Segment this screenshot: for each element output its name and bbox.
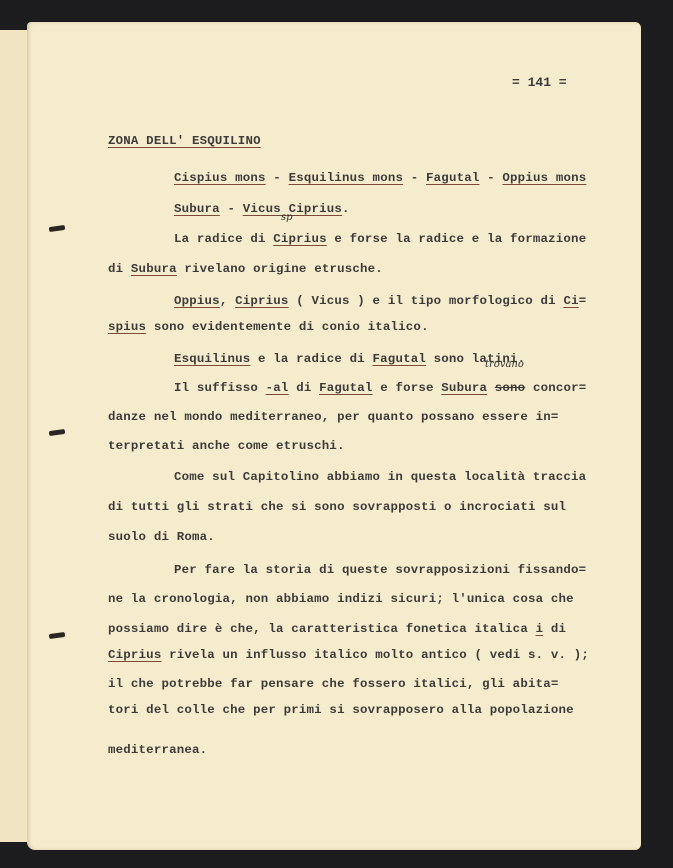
underlined-term: Subura [131,262,177,276]
text-segment: - [266,171,289,185]
underlined-term: Esquilinus mons [289,171,404,185]
underlined-term: Subura [441,381,487,395]
text-line: terpretati anche come etruschi. [108,439,345,453]
text-segment: sono evidentemente di conio italico. [146,320,429,334]
text-segment: e forse la radice e la formazione [327,232,587,246]
struck-text: sono [495,381,526,395]
handwritten-annotation: trovano [485,359,524,370]
text-line: tori del colle che per primi si sovrappo… [108,703,574,717]
text-line: di tutti gli strati che si sono sovrappo… [108,500,566,514]
text-segment: danze nel mondo mediterraneo, per quanto… [108,410,559,424]
text-segment: di [543,622,566,636]
text-line: danze nel mondo mediterraneo, per quanto… [108,410,559,424]
text-segment: di [289,381,320,395]
text-line: Oppius, Ciprius ( Vicus ) e il tipo morf… [174,294,586,308]
text-segment: possiamo dire è che, la caratteristica f… [108,622,536,636]
text-segment: di [108,262,131,276]
text-segment: - [220,202,243,216]
text-segment: - [403,171,426,185]
handwritten-annotation: sp [281,212,293,223]
text-line: Cispius mons - Esquilinus mons - Fagutal… [174,171,586,185]
text-line: Il suffisso -al di Fagutal e forse Subur… [174,381,586,395]
underlined-term: Subura [174,202,220,216]
text-segment: di tutti gli strati che si sono sovrappo… [108,500,566,514]
text-line: Per fare la storia di queste sovrapposiz… [174,563,586,577]
section-heading: ZONA DELL' ESQUILINO [108,134,261,148]
underlined-term: Oppius [174,294,220,308]
text-segment: - [479,171,502,185]
text-line: possiamo dire è che, la caratteristica f… [108,622,566,636]
underlined-term: Ci [563,294,578,308]
text-segment [487,381,495,395]
text-segment: ne la cronologia, non abbiamo indizi sic… [108,592,574,606]
text-segment: rivelano origine etrusche. [177,262,383,276]
underlined-term: Fagutal [426,171,479,185]
underlined-term: -al [266,381,289,395]
underlined-term: Oppius mons [502,171,586,185]
text-segment: e forse [373,381,442,395]
underlined-term: spius [108,320,146,334]
text-line: di Subura rivelano origine etrusche. [108,262,383,276]
text-line: spius sono evidentemente di conio italic… [108,320,429,334]
text-segment: il che potrebbe far pensare che fossero … [108,677,559,691]
binding-hole [49,225,66,232]
text-segment: rivela un influsso italico molto antico … [161,648,589,662]
text-segment: La radice di [174,232,273,246]
text-segment: e la radice di [250,352,372,366]
text-segment: . [342,202,350,216]
text-segment: , [220,294,235,308]
text-segment: ( Vicus ) e il tipo morfologico di [289,294,564,308]
text-segment: tori del colle che per primi si sovrappo… [108,703,574,717]
text-line: Come sul Capitolino abbiamo in questa lo… [174,470,586,484]
underlined-term: Ciprius [108,648,161,662]
underlined-term: Ciprius [235,294,288,308]
page-number: = 141 = [512,75,567,90]
underlined-term: Fagutal [319,381,372,395]
text-line: suolo di Roma. [108,530,215,544]
text-segment: Come sul Capitolino abbiamo in questa lo… [174,470,586,484]
text-segment: = [579,294,587,308]
text-segment: concor= [525,381,586,395]
underlined-term: Ciprius [273,232,326,246]
text-segment: Il suffisso [174,381,266,395]
text-segment: Per fare la storia di queste sovrapposiz… [174,563,586,577]
text-line: mediterranea. [108,743,207,757]
text-line: ne la cronologia, non abbiamo indizi sic… [108,592,574,606]
binding-hole [49,429,66,436]
text-line: Esquilinus e la radice di Fagutal sono l… [174,352,525,366]
text-line: Ciprius rivela un influsso italico molto… [108,648,589,662]
text-segment: mediterranea. [108,743,207,757]
text-segment: terpretati anche come etruschi. [108,439,345,453]
underlined-term: Esquilinus [174,352,250,366]
text-line: La radice di Ciprius e forse la radice e… [174,232,586,246]
text-line: Subura - Vicus Ciprius. [174,202,350,216]
text-segment: suolo di Roma. [108,530,215,544]
text-line: il che potrebbe far pensare che fossero … [108,677,559,691]
underlined-term: Fagutal [373,352,426,366]
binding-hole [49,632,66,639]
underlined-term: Cispius mons [174,171,266,185]
